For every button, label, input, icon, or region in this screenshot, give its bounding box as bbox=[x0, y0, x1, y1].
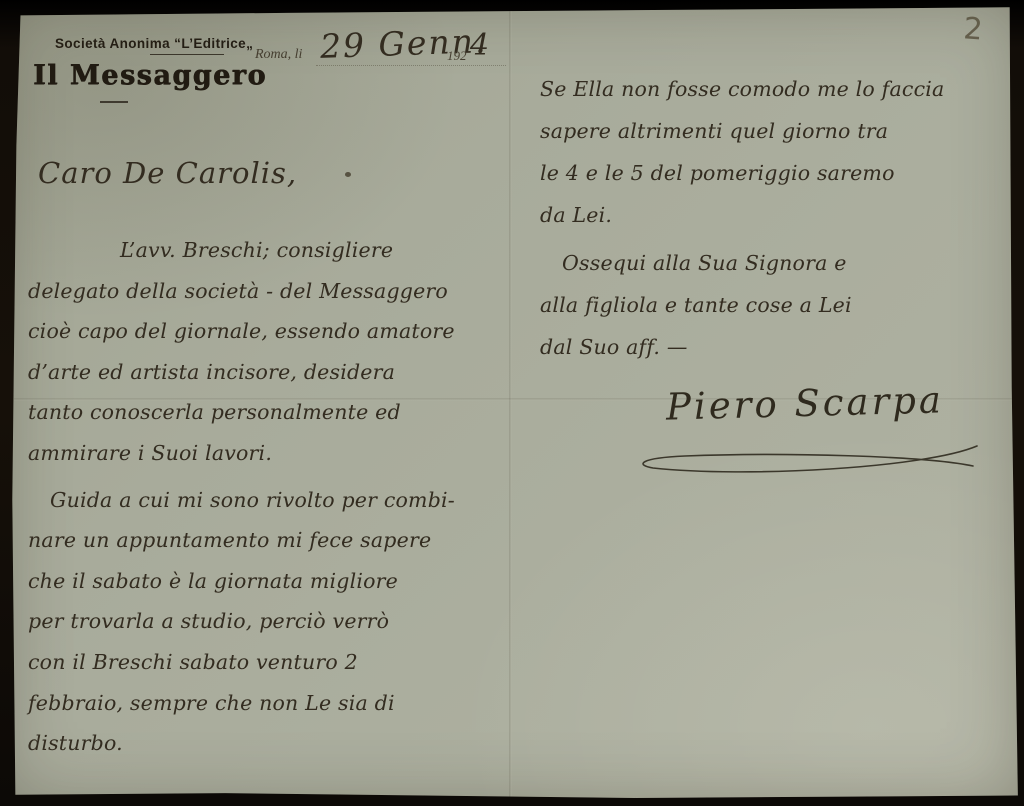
letter-line: sapere altrimenti quel giorno tra bbox=[540, 110, 1000, 152]
letter-line: L’avv. Breschi; consigliere bbox=[28, 230, 488, 271]
ink-speck bbox=[345, 172, 351, 177]
letter-line: disturbo. bbox=[28, 723, 488, 764]
letterhead-masthead: Il Messaggero bbox=[33, 60, 267, 91]
dateline-rule bbox=[316, 65, 506, 66]
letter-left-column: L’avv. Breschi; consigliere delegato del… bbox=[28, 230, 488, 764]
letter-line: che il sabato è la giornata migliore bbox=[28, 561, 488, 602]
letter-line: le 4 e le 5 del pomeriggio saremo bbox=[540, 152, 1000, 194]
letter-line: ammirare i Suoi lavori. bbox=[28, 433, 488, 474]
vertical-fold-crease bbox=[509, 8, 512, 798]
signature-name: Piero Scarpa bbox=[615, 377, 996, 430]
letter-line: Ossequi alla Sua Signora e bbox=[540, 242, 1000, 284]
letter-line: febbraio, sempre che non Le sia di bbox=[28, 683, 488, 724]
letterhead-company: Società Anonima “L’Editrice„ bbox=[55, 36, 253, 51]
letter-right-column: Se Ella non fosse comodo me lo faccia sa… bbox=[540, 68, 1000, 368]
letterhead-masthead-dash bbox=[100, 101, 128, 103]
signature-flourish bbox=[625, 438, 985, 482]
dateline-year-digit: 4 bbox=[470, 28, 489, 63]
page-number: 2 bbox=[947, 10, 999, 48]
letter-line: per trovarla a studio, perciò verrò bbox=[28, 601, 488, 642]
letter-line: nare un appuntamento mi fece sapere bbox=[28, 520, 488, 561]
letter-line: Guida a cui mi sono rivolto per combi- bbox=[28, 480, 488, 521]
letter-line: dal Suo aff. — bbox=[540, 326, 1000, 368]
letter-paper: 2 Società Anonima “L’Editrice„ Il Messag… bbox=[0, 0, 1024, 806]
salutation: Caro De Carolis, bbox=[38, 156, 297, 190]
letter-line: cioè capo del giornale, essendo amatore bbox=[28, 311, 488, 352]
dateline-place: Roma, li bbox=[255, 47, 302, 63]
letter-line: tanto conoscerla personalmente ed bbox=[28, 392, 488, 433]
dateline-year-prefix: 192 bbox=[447, 48, 467, 64]
letter-line: alla figliola e tante cose a Lei bbox=[540, 284, 1000, 326]
letterhead-company-underline bbox=[150, 54, 224, 55]
letter-line: Se Ella non fosse comodo me lo faccia bbox=[540, 68, 1000, 110]
edge-stain bbox=[6, 36, 19, 45]
scan-background: 2 Società Anonima “L’Editrice„ Il Messag… bbox=[0, 0, 1024, 806]
letter-line: da Lei. bbox=[540, 194, 1000, 236]
letter-line: con il Breschi sabato venturo 2 bbox=[28, 642, 488, 683]
letter-line: delegato della società - del Messaggero bbox=[28, 271, 488, 312]
signature-block: Piero Scarpa bbox=[615, 382, 995, 425]
letter-line: d’arte ed artista incisore, desidera bbox=[28, 352, 488, 393]
